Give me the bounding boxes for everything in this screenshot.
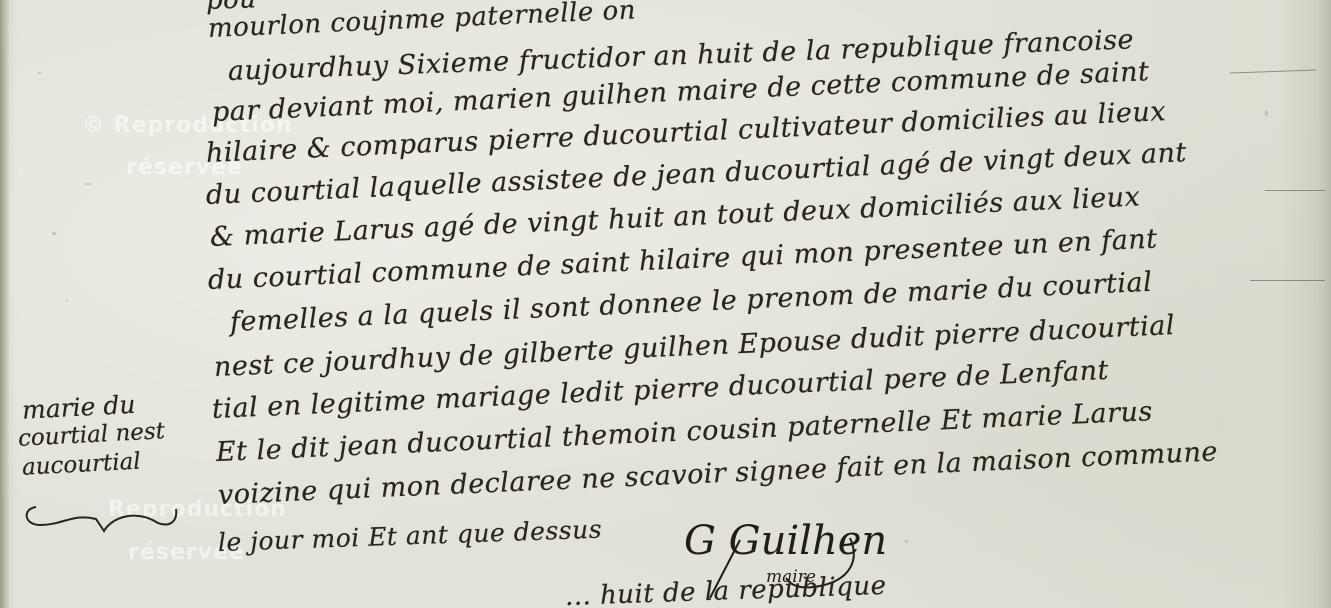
line-end-stroke xyxy=(1265,190,1325,191)
margin-note: marie du courtial nest aucourtial xyxy=(22,392,165,479)
page-edge-right xyxy=(1317,0,1331,608)
line-end-stroke xyxy=(1250,280,1325,281)
paper-speck xyxy=(1265,110,1268,116)
flourish-icon xyxy=(18,495,188,545)
paper-speck xyxy=(85,183,91,185)
binding-edge xyxy=(0,0,10,608)
paper-speck xyxy=(66,300,68,302)
line-end-stroke xyxy=(1230,69,1316,73)
paper-speck xyxy=(52,232,56,235)
text-line: mourlon coujnme paternelle on xyxy=(207,0,636,44)
paper-speck xyxy=(905,540,908,543)
text-line-partial: ... huit de la republique xyxy=(564,571,887,608)
manuscript-page: © Reproduction réservée Reproduction rés… xyxy=(0,0,1331,608)
paper-speck xyxy=(38,72,41,74)
text-line: le jour moi Et ant que dessus xyxy=(217,515,602,557)
margin-note-line: aucourtial xyxy=(21,446,165,482)
bottom-line-text: ... huit de la republique xyxy=(564,571,887,608)
